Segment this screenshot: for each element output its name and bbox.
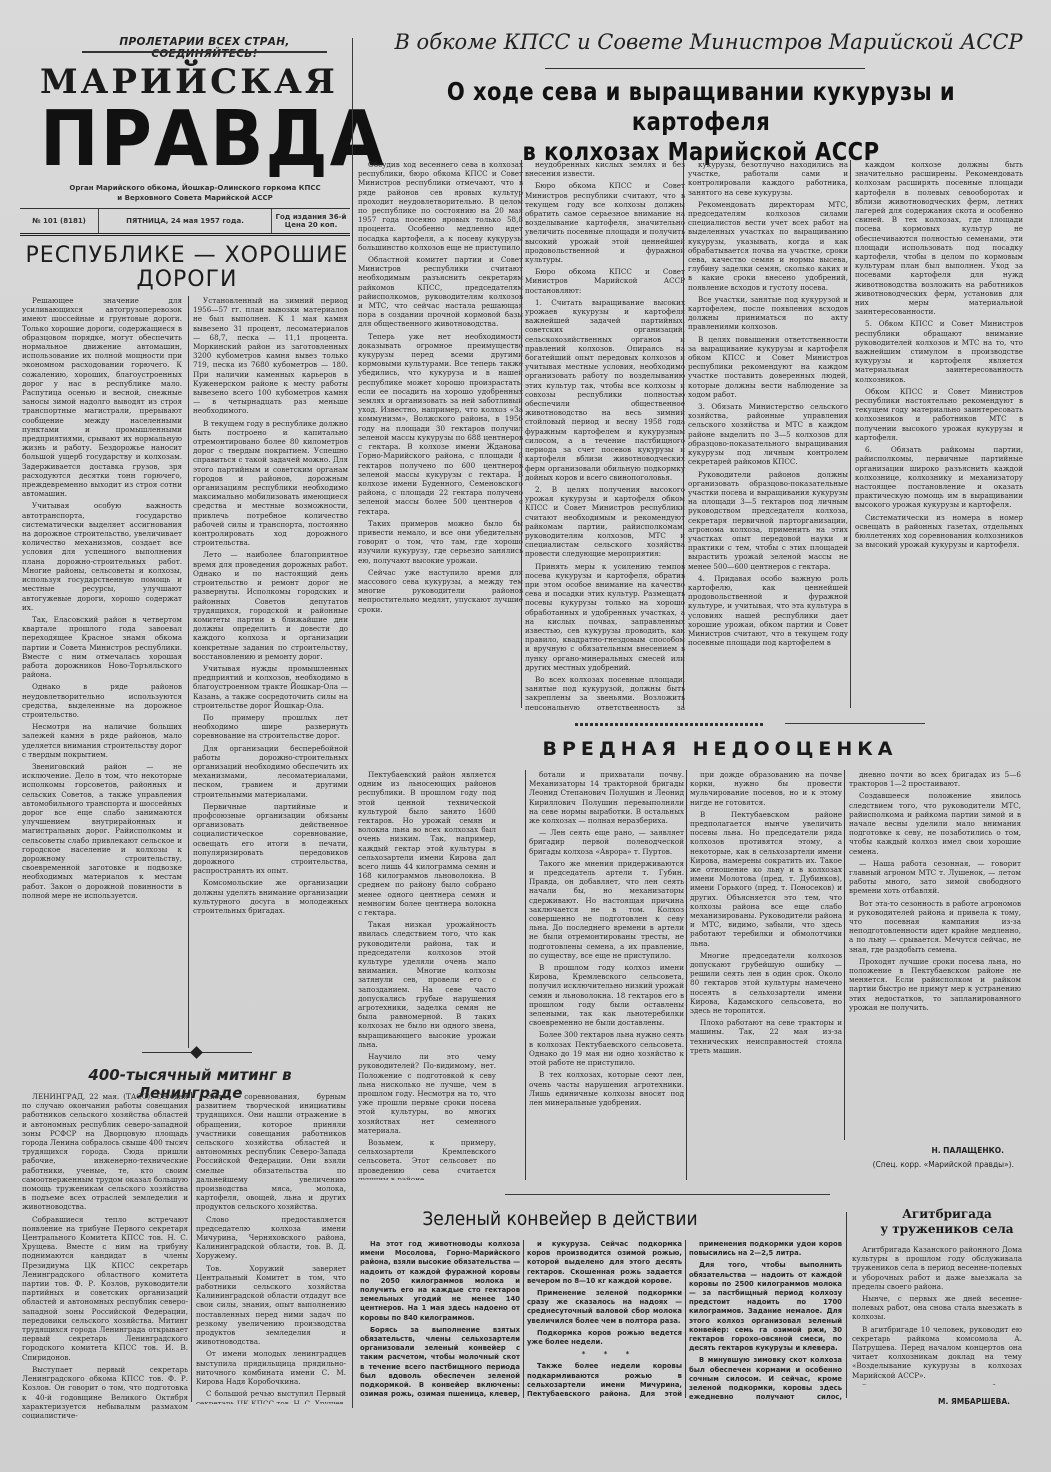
paragraph: Плохо работают на севе тракторы и машины… (690, 1018, 842, 1055)
paragraph: Применение зеленой подкормки сразу же ск… (527, 1289, 682, 1326)
paragraph: 4. Придавая особо важную роль картофелю,… (688, 574, 848, 648)
issue-info-bar: № 101 (8181) ПЯТНИЦА, 24 мая 1957 года. … (20, 208, 350, 236)
paragraph: Обсудив ход весеннего сева в колхозах ре… (358, 160, 523, 252)
column-rule (844, 770, 845, 1140)
paragraph: Для того, чтобы выполнить обязательства … (689, 1261, 842, 1353)
paragraph: Нынче, с первых же дней весенне-полевых … (852, 1294, 1022, 1322)
paragraph: От имени молодых ленинградцев выступила … (196, 1349, 346, 1386)
paragraph: Руководители районов должны организовать… (688, 470, 848, 571)
lead-column-3: кукурузы, безотлучно находились на участ… (688, 160, 848, 710)
organ-line1: Орган Марийского обкома, Йошкар-Олинског… (60, 183, 330, 193)
flax-column-1: Пектубаевский район является одним из ль… (358, 770, 496, 1180)
paragraph: В Пектубаевском районе предполагается ны… (690, 810, 842, 948)
paragraph: Теперь уже нет необходимости доказывать … (358, 332, 523, 516)
paragraph: Областной комитет партии и Совет Министр… (358, 255, 523, 329)
column-rule (686, 770, 687, 1180)
rule (785, 723, 925, 724)
issue-date: ПЯТНИЦА, 24 мая 1957 года. (99, 209, 272, 233)
column-rule (188, 296, 189, 1048)
paragraph: Таких примеров можно было бы привести не… (358, 519, 523, 565)
paragraph: кукурузы, безотлучно находились на участ… (688, 160, 848, 197)
paragraph: Все участки, занятые под кукурузой и кар… (688, 295, 848, 332)
leningrad-column-2: ского соревнования, бурным развитием тво… (196, 1092, 346, 1404)
kicker-rule (545, 68, 865, 69)
slogan-rule (82, 51, 327, 53)
paragraph: В минувшую зимовку скот колхоза был обес… (689, 1356, 842, 1400)
column-rule (685, 1240, 686, 1398)
paragraph: Агитбригада Казанского районного Дома ку… (852, 1245, 1022, 1291)
paragraph: Обком КПСС и Совет Министров республики … (855, 387, 1023, 442)
paragraph: Для организации бесперебойной работы дор… (193, 744, 348, 799)
paragraph: Выступает первый секретарь Ленинградског… (22, 1365, 188, 1420)
lead-kicker: В обкоме КПСС и Совете Министров Марийск… (376, 30, 1041, 54)
paragraph: неудобренных кислых землях и без внесени… (525, 160, 685, 178)
paragraph: Бюро обкома КПСС и Совет Министров Марий… (525, 267, 685, 295)
paragraph: В прошлом году колхоз имени Кирова, Крем… (529, 963, 684, 1027)
paragraph: Звениговский район — не исключение. Дело… (22, 762, 182, 900)
agit-signature: М. ЯМБАРШЕВА. (852, 1397, 1010, 1406)
paragraph: Такая низкая урожайность явилась следств… (358, 920, 496, 1049)
column-rule (523, 1240, 524, 1398)
agit-headline-line1: Агитбригада (852, 1207, 1042, 1222)
paragraph: Первичные партийные и профсоюзные органи… (193, 802, 348, 876)
issue-number: № 101 (8181) (20, 209, 99, 233)
paragraph: Тов. Хоружий заверяет Центральный Комите… (196, 1264, 346, 1347)
year-of-publication: Год издания 36-й (276, 213, 347, 221)
paragraph: В текущем году в республике должно быть … (193, 419, 348, 548)
paragraph: Комсомольские же организации должны удел… (193, 878, 348, 915)
column-rule (525, 770, 526, 1180)
masthead-organ: Орган Марийского обкома, Йошкар-Олинског… (60, 183, 330, 203)
page-divider (352, 38, 353, 1408)
column-rule (521, 160, 522, 708)
paragraph: В целях повышения ответственности за выр… (688, 335, 848, 399)
paragraph: По примеру прошлых лет необходимо шире р… (193, 713, 348, 741)
lead-column-1: Обсудив ход весеннего сева в колхозах ре… (358, 160, 523, 710)
paragraph: В агитбригаде 10 человек, руководит ею с… (852, 1325, 1022, 1380)
paragraph: На этот год животноводы колхоза имени Мо… (360, 1240, 520, 1323)
lead-column-4: каждом колхозе должны быть значительно р… (855, 160, 1023, 710)
column-rule (846, 1212, 847, 1398)
lead-headline-line1: О ходе сева и выращивании кукурузы и кар… (404, 77, 997, 137)
paragraph: Рекомендовать директорам МТС, председате… (688, 200, 848, 292)
flax-headline: ВРЕДНАЯ НЕДООЦЕНКА (520, 738, 920, 760)
paragraph: 1. Считать выращивание высоких урожаев к… (525, 298, 685, 482)
paragraph: Борясь за выполнение взятых обязательств… (360, 1326, 520, 1400)
paragraph: Так, Еласовский район в четвертом кварта… (22, 615, 182, 679)
rule (505, 1194, 830, 1195)
paragraph: Вот эта-то сезонность в работе агрономов… (849, 899, 1021, 954)
price: Цена 20 коп. (285, 221, 337, 229)
paragraph: В период весеннего сева агитбригада побы… (852, 1383, 1022, 1385)
paragraph: Учитывая особую важность автотранспорта,… (22, 501, 182, 611)
paragraph: * * * (527, 1350, 682, 1359)
roads-column-2: Установленный на зимний период 1956—57 г… (193, 296, 348, 1051)
paragraph: Подкормка коров рожью ведется уже более … (527, 1329, 682, 1347)
paragraph: С большой речью выступил Первый секретар… (196, 1389, 346, 1404)
paragraph: — Лен сеять еще рано, — заявляет бригади… (529, 828, 684, 856)
masthead-title-line2: ПРАВДА (40, 98, 330, 179)
paragraph: 5. Обком КПСС и Совет Министров республи… (855, 319, 1023, 383)
paragraph: применения подкормки удои коров повысили… (689, 1240, 842, 1258)
leningrad-column-1: ЛЕНИНГРАД, 22 мая. (ТАСС). Сегодня по сл… (22, 1092, 188, 1432)
paragraph: Сейчас уже наступило время для массового… (358, 568, 523, 614)
agit-headline: Агитбригада у тружеников села (852, 1207, 1042, 1237)
lead-column-2: неудобренных кислых землях и без внесени… (525, 160, 685, 710)
paragraph: Создавшееся положение явилось следствием… (849, 791, 1021, 855)
paragraph: ЛЕНИНГРАД, 22 мая. (ТАСС). Сегодня по сл… (22, 1092, 188, 1212)
paragraph: и кукуруза. Сейчас подкормка коров произ… (527, 1240, 682, 1286)
paragraph: Несмотря на наличие больших залежей камн… (22, 722, 182, 759)
flax-column-2: ботали и прихватали почву. Механизаторы … (529, 770, 684, 1180)
paragraph: при дожде образованию на почве корки, ну… (690, 770, 842, 807)
column-rule (850, 160, 851, 708)
paragraph: Собравшиеся тепло встречают появление на… (22, 1215, 188, 1362)
paragraph: каждом колхозе должны быть значительно р… (855, 160, 1023, 316)
paragraph: 6. Обязать райкомы партии, райисполкомы,… (855, 445, 1023, 509)
column-rule (191, 1092, 192, 1402)
agit-headline-line2: у тружеников села (852, 1222, 1042, 1237)
green-conveyor-headline: Зеленый конвейер в действии (389, 1208, 731, 1230)
roads-column-1: Решающее значение для усиливающихся авто… (22, 296, 182, 1051)
green-column-3: применения подкормки удои коров повысили… (689, 1240, 842, 1400)
wavy-rule (575, 723, 765, 726)
agit-body: Агитбригада Казанского районного Дома ку… (852, 1245, 1022, 1385)
paragraph: Более 300 гектаров льна нужно сеять в ко… (529, 1030, 684, 1067)
paragraph: ского соревнования, бурным развитием тво… (196, 1092, 346, 1212)
paragraph: — Наша работа сезонная, — говорит главны… (849, 859, 1021, 896)
newspaper-page: ПРОЛЕТАРИИ ВСЕХ СТРАН, СОЕДИНЯЙТЕСЬ! МАР… (0, 0, 1051, 1472)
paragraph: Бюро обкома КПСС и Совет Министров респу… (525, 181, 685, 264)
paragraph: В тех колхозах, которые сеют лен, очень … (529, 1070, 684, 1107)
paragraph: Слово предоставляется председателю колхо… (196, 1215, 346, 1261)
column-rule (683, 160, 684, 708)
paragraph: Также более недели коровы подкармливаютс… (527, 1362, 682, 1400)
roads-headline: РЕСПУБЛИКЕ — ХОРОШИЕ ДОРОГИ (22, 244, 352, 292)
paragraph: Принять меры к усилению темпов посева ку… (525, 562, 685, 672)
masthead-slogan: ПРОЛЕТАРИИ ВСЕХ СТРАН, СОЕДИНЯЙТЕСЬ! (82, 36, 327, 60)
paragraph: Такого же мнения придерживаются и предсе… (529, 859, 684, 960)
green-column-1: На этот год животноводы колхоза имени Мо… (360, 1240, 520, 1400)
green-column-2: и кукуруза. Сейчас подкормка коров произ… (527, 1240, 682, 1400)
paragraph: ботали и прихватали почву. Механизаторы … (529, 770, 684, 825)
paragraph: Систематически из номера в номер освещат… (855, 513, 1023, 550)
paragraph: Установленный на зимний период 1956—57 г… (193, 296, 348, 416)
paragraph: Возьмем, к примеру, сельхозартели Кремле… (358, 1138, 496, 1180)
paragraph: Многие председатели колхозов допускают г… (690, 951, 842, 1015)
paragraph: Проходят лучшие сроки посева льна, но по… (849, 957, 1021, 1012)
paragraph: Решающее значение для усиливающихся авто… (22, 296, 182, 498)
issue-year-price: Год издания 36-й Цена 20 коп. (272, 209, 350, 233)
flax-column-4: дневно почти во всех бригадах из 5—6 тра… (849, 770, 1021, 1140)
paragraph: дневно почти во всех бригадах из 5—6 тра… (849, 770, 1021, 788)
paragraph: Пектубаевский район является одним из ль… (358, 770, 496, 917)
paragraph: Учитывая нужды промышленных предприятий … (193, 664, 348, 710)
lead-headline: О ходе сева и выращивании кукурузы и кар… (404, 77, 997, 167)
paragraph: Во всех колхозах посевные площади, занят… (525, 675, 685, 710)
flax-signature-note: (Спец. корр. «Марийской правды»). (849, 1160, 1014, 1169)
paragraph: 2. В целях получения высокого урожая кук… (525, 485, 685, 559)
flax-column-3: при дожде образованию на почве корки, ну… (690, 770, 842, 1180)
paragraph: Однако в ряде районов неудовлетворительн… (22, 682, 182, 719)
organ-line2: и Верховного Совета Марийской АССР (60, 193, 330, 203)
paragraph: 3. Обязать Министерство сельского хозяйс… (688, 402, 848, 466)
paragraph: Научило ли это чему руководителей? По-ви… (358, 1052, 496, 1135)
flax-signature: Н. ПАЛАЩЕНКО. (849, 1146, 1004, 1155)
paragraph: Лето — наиболее благоприятное время для … (193, 550, 348, 660)
